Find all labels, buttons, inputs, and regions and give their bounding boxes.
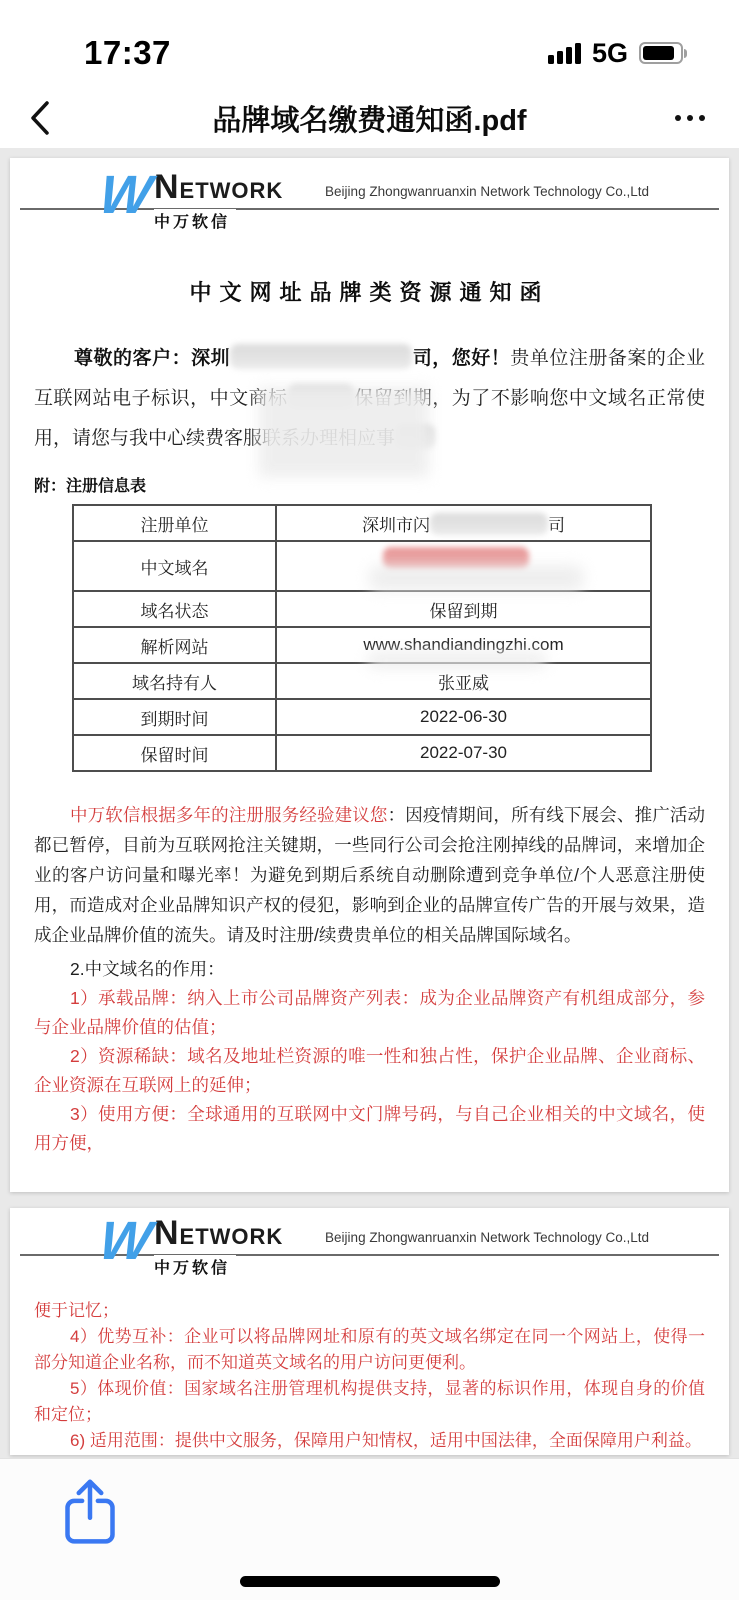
share-icon xyxy=(54,1475,126,1547)
table-row: 域名持有人 张亚威 xyxy=(73,663,651,699)
status-time: 17:37 xyxy=(84,34,171,72)
greeting-lead: 尊敬的客户：深圳 xyxy=(74,348,230,369)
table-row: 解析网站 www.shandiandingzhi.com xyxy=(73,627,651,663)
logo-w-icon: W xyxy=(96,1216,151,1266)
advisory-body: ：因疫情期间，所有线下展会、推广活动都已暂停，目前为互联网抢注关键期，一些同行公… xyxy=(34,805,705,945)
registration-table: 注册单位 深圳市闪司 中文域名 域名状态 保留到期 解析网站 xyxy=(72,504,652,772)
company-logo: W NETWORK 中万软信 xyxy=(100,170,287,232)
row-label: 保留时间 xyxy=(73,735,276,771)
pdf-page-2: W NETWORK 中万软信 Beijing Zhongwanruanxin N… xyxy=(10,1208,729,1455)
doc-heading: 中文网址品牌类资源通知函 xyxy=(34,276,705,307)
row-value: www.shandiandingzhi.com xyxy=(276,627,651,663)
battery-icon xyxy=(639,42,687,64)
row-label: 中文域名 xyxy=(73,541,276,591)
list-item-6: 6) 适用范围：提供中文服务，保障用户知情权，适用中国法律，全面保障用户利益。 xyxy=(34,1428,705,1454)
list-item-3-cont: 便于记忆； xyxy=(34,1298,705,1324)
bottom-toolbar xyxy=(0,1458,739,1600)
row-value: 2022-07-30 xyxy=(276,735,651,771)
doc-header: W NETWORK 中万软信 Beijing Zhongwanruanxin N… xyxy=(34,172,705,230)
pdf-page-1: W NETWORK 中万软信 Beijing Zhongwanruanxin N… xyxy=(10,158,729,1192)
list-item-1: 1）承载品牌：纳入上市公司品牌资产列表：成为企业品牌资产有机组成部分，参与企业品… xyxy=(34,984,705,1042)
logo-w-icon: W xyxy=(96,170,151,220)
table-row: 域名状态 保留到期 xyxy=(73,591,651,627)
redaction-smudge xyxy=(230,344,412,369)
table-row: 注册单位 深圳市闪司 xyxy=(73,505,651,541)
row-label: 解析网站 xyxy=(73,627,276,663)
row-value: 深圳市闪司 xyxy=(276,505,651,541)
list-item-2: 2）资源稀缺：域名及地址栏资源的唯一性和独占性，保护企业品牌、企业商标、企业资源… xyxy=(34,1042,705,1100)
advisory-lead: 中万软信根据多年的注册服务经验建议您 xyxy=(70,805,388,825)
doc-header: W NETWORK 中万软信 Beijing Zhongwanruanxin N… xyxy=(34,1218,705,1276)
company-name-en: Beijing Zhongwanruanxin Network Technolo… xyxy=(325,1230,649,1245)
nav-bar: 品牌域名缴费通知函.pdf xyxy=(0,88,739,148)
table-row: 保留时间 2022-07-30 xyxy=(73,735,651,771)
status-bar: 17:37 5G xyxy=(0,0,739,88)
list-item-4: 4）优势互补：企业可以将品牌网址和原有的英文域名绑定在同一个网站上，使得一部分知… xyxy=(34,1324,705,1376)
ellipsis-icon xyxy=(675,115,681,121)
page2-body: 便于记忆； 4）优势互补：企业可以将品牌网址和原有的英文域名绑定在同一个网站上，… xyxy=(34,1298,705,1454)
back-button[interactable] xyxy=(30,96,66,140)
document-title: 品牌域名缴费通知函.pdf xyxy=(90,98,649,139)
row-label: 到期时间 xyxy=(73,699,276,735)
redaction-smudge xyxy=(430,513,548,535)
row-label: 注册单位 xyxy=(73,505,276,541)
table-row: 到期时间 2022-06-30 xyxy=(73,699,651,735)
brand-name-cn: 中万软信 xyxy=(154,209,236,232)
row-label: 域名状态 xyxy=(73,591,276,627)
home-indicator[interactable] xyxy=(240,1576,500,1587)
row-value xyxy=(276,541,651,591)
chevron-left-icon xyxy=(30,101,50,135)
pdf-viewer[interactable]: W NETWORK 中万软信 Beijing Zhongwanruanxin N… xyxy=(0,148,739,1458)
list-item-5: 5）体现价值：国家域名注册管理机构提供支持，显著的标识作用，体现自身的价值和定位… xyxy=(34,1376,705,1428)
share-button[interactable] xyxy=(54,1475,126,1547)
redacted-domain xyxy=(277,543,650,589)
row-value: 2022-06-30 xyxy=(276,699,651,735)
company-name-en: Beijing Zhongwanruanxin Network Technolo… xyxy=(325,184,649,199)
table-row: 中文域名 xyxy=(73,541,651,591)
company-logo: W NETWORK 中万软信 xyxy=(100,1216,287,1278)
brand-name-cn: 中万软信 xyxy=(154,1255,236,1278)
network-type-label: 5G xyxy=(592,38,628,69)
brand-name: NETWORK xyxy=(154,1224,283,1249)
signal-bars-icon xyxy=(548,42,581,64)
status-icons: 5G xyxy=(548,38,687,69)
section-title: 2.中文域名的作用： xyxy=(34,954,705,984)
greeting-paragraph: 尊敬的客户：深圳司，您好！贵单位注册备案的企业互联网站电子标识，中文商标保留到期… xyxy=(34,339,705,459)
row-label: 域名持有人 xyxy=(73,663,276,699)
list-item-3: 3）使用方便：全球通用的互联网中文门牌号码，与自己企业相关的中文域名，使用方便， xyxy=(34,1100,705,1158)
redaction-smudge xyxy=(369,565,584,591)
advisory-paragraph: 中万软信根据多年的注册服务经验建议您：因疫情期间，所有线下展会、推广活动都已暂停… xyxy=(34,800,705,950)
more-button[interactable] xyxy=(671,96,709,140)
greeting-after: 司，您好！ xyxy=(412,348,510,369)
redaction-smudge xyxy=(259,387,429,477)
row-value: 张亚威 xyxy=(276,663,651,699)
brand-name: NETWORK xyxy=(154,178,283,203)
row-value: 保留到期 xyxy=(276,591,651,627)
